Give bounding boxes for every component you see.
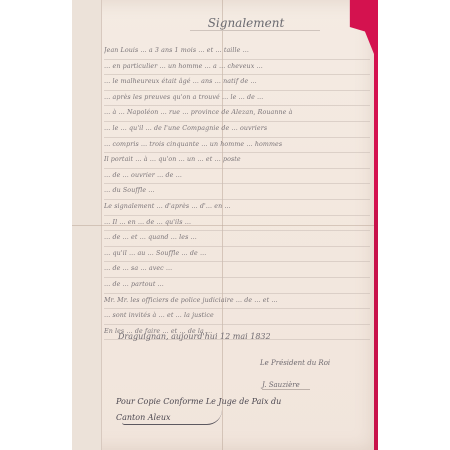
document-title: Signalement: [186, 16, 306, 30]
text-line: Jean Louis … a 3 ans 1 mois … et … taill…: [104, 44, 370, 60]
date-line: Draguignan, aujourd'hui 12 mai 1832: [118, 332, 271, 341]
text-line: Mr. Mr. les officiers de police judiciai…: [104, 294, 370, 310]
text-line: … le malheureux était âgé … ans … natif …: [104, 75, 370, 91]
text-line: … compris … trois cinquante … un homme ……: [104, 138, 370, 154]
text-line: … de … sa … avec …: [104, 262, 370, 278]
signature-name: J. Sauzière: [262, 381, 310, 390]
text-line: Il portait … à … qu'on … un … et … poste: [104, 153, 370, 169]
text-line: … sont invités à … et … la justice: [104, 309, 370, 325]
text-line: Le signalement … d'après … d'… en …: [104, 200, 370, 216]
text-line: … de … ouvrier … de …: [104, 169, 370, 185]
text-line: … Il … en … de … qu'ils …: [104, 216, 370, 232]
title-underline: [190, 30, 320, 31]
text-line: … du Souffle …: [104, 184, 370, 200]
text-line: … qu'il … au … Souffle … de …: [104, 247, 370, 263]
body-text: Jean Louis … a 3 ans 1 mois … et … taill…: [104, 44, 370, 340]
text-line: … de … partout …: [104, 278, 370, 294]
copy-note-line-1: Pour Copie Conforme Le Juge de Paix du: [116, 394, 356, 410]
text-line: … après les preuves qu'on a trouvé … le …: [104, 91, 370, 107]
signature-title: Le Président du Roi: [260, 359, 330, 367]
text-line: … en particulier … un homme … a … cheveu…: [104, 60, 370, 76]
text-line: … à … Napoléon … rue … province de Aleza…: [104, 106, 370, 122]
text-line: … le … qu'il … de l'une Compagnie de … o…: [104, 122, 370, 138]
signature-flourish: [122, 410, 222, 425]
text-line: … de … et … quand … les …: [104, 231, 370, 247]
